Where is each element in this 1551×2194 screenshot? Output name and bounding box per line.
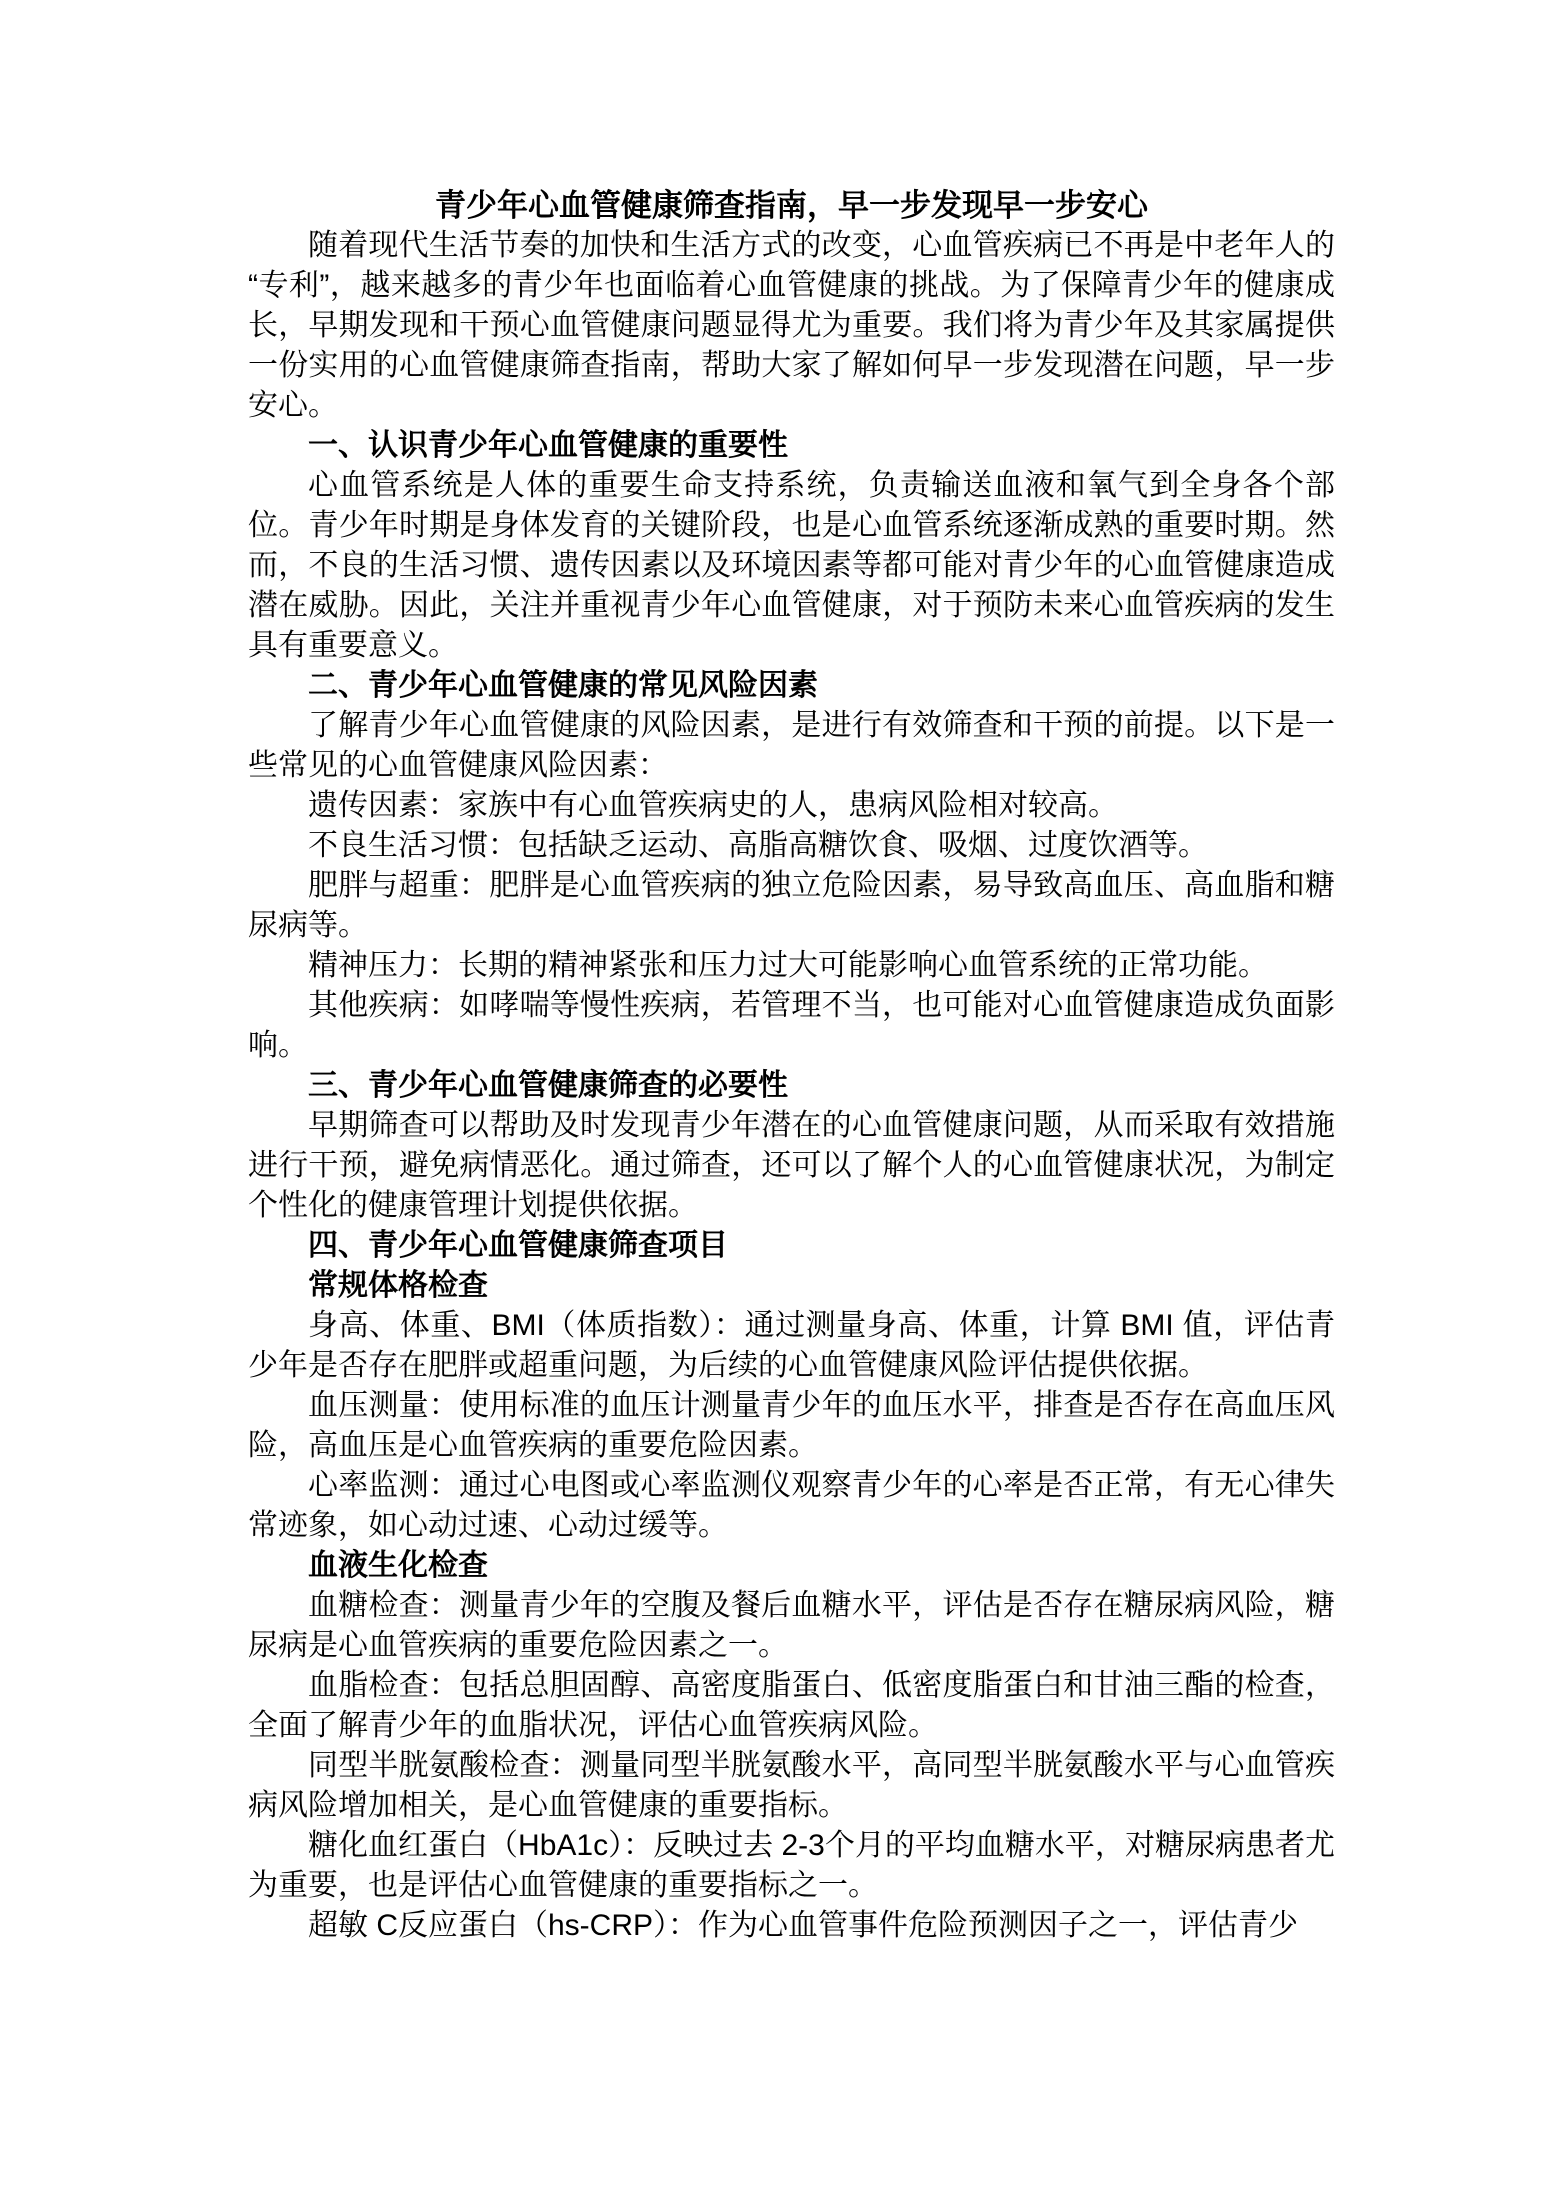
paragraph: 了解青少年心血管健康的风险因素，是进行有效筛查和干预的前提。以下是一些常见的心血… — [248, 706, 1335, 786]
paragraph: 肥胖与超重：肥胖是心血管疾病的独立危险因素，易导致高血压、高血脂和糖尿病等。 — [248, 866, 1335, 946]
paragraph: 血脂检查：包括总胆固醇、高密度脂蛋白、低密度脂蛋白和甘油三酯的检查，全面了解青少… — [248, 1666, 1335, 1746]
paragraph: 心率监测：通过心电图或心率监测仪观察青少年的心率是否正常，有无心律失常迹象，如心… — [248, 1466, 1335, 1546]
section-heading: 血液生化检查 — [248, 1546, 1335, 1586]
paragraph: 血糖检查：测量青少年的空腹及餐后血糖水平，评估是否存在糖尿病风险，糖尿病是心血管… — [248, 1586, 1335, 1666]
paragraph: 随着现代生活节奏的加快和生活方式的改变，心血管疾病已不再是中老年人的“专利”，越… — [248, 226, 1335, 426]
section-heading: 三、青少年心血管健康筛查的必要性 — [248, 1066, 1335, 1106]
paragraph: 超敏 C反应蛋白（hs-CRP）：作为心血管事件危险预测因子之一，评估青少 — [248, 1906, 1335, 1946]
section-heading: 二、青少年心血管健康的常见风险因素 — [248, 666, 1335, 706]
section-heading: 四、青少年心血管健康筛查项目 — [248, 1226, 1335, 1266]
document-title: 青少年心血管健康筛查指南，早一步发现早一步安心 — [248, 186, 1335, 226]
paragraph: 同型半胱氨酸检查：测量同型半胱氨酸水平，高同型半胱氨酸水平与心血管疾病风险增加相… — [248, 1746, 1335, 1826]
paragraph: 早期筛查可以帮助及时发现青少年潜在的心血管健康问题，从而采取有效措施进行干预，避… — [248, 1106, 1335, 1226]
paragraph: 心血管系统是人体的重要生命支持系统，负责输送血液和氧气到全身各个部位。青少年时期… — [248, 466, 1335, 666]
paragraph: 其他疾病：如哮喘等慢性疾病，若管理不当，也可能对心血管健康造成负面影响。 — [248, 986, 1335, 1066]
document-page: 青少年心血管健康筛查指南，早一步发现早一步安心 随着现代生活节奏的加快和生活方式… — [0, 0, 1551, 2194]
paragraph: 不良生活习惯：包括缺乏运动、高脂高糖饮食、吸烟、过度饮酒等。 — [248, 826, 1335, 866]
paragraph: 糖化血红蛋白（HbA1c）：反映过去 2-3个月的平均血糖水平，对糖尿病患者尤为… — [248, 1826, 1335, 1906]
paragraph: 身高、体重、BMI（体质指数）：通过测量身高、体重，计算 BMI 值，评估青少年… — [248, 1306, 1335, 1386]
section-heading: 一、认识青少年心血管健康的重要性 — [248, 426, 1335, 466]
paragraph: 遗传因素：家族中有心血管疾病史的人，患病风险相对较高。 — [248, 786, 1335, 826]
paragraph: 血压测量：使用标准的血压计测量青少年的血压水平，排查是否存在高血压风险，高血压是… — [248, 1386, 1335, 1466]
paragraph: 精神压力：长期的精神紧张和压力过大可能影响心血管系统的正常功能。 — [248, 946, 1335, 986]
document-body: 随着现代生活节奏的加快和生活方式的改变，心血管疾病已不再是中老年人的“专利”，越… — [248, 226, 1335, 1946]
section-heading: 常规体格检查 — [248, 1266, 1335, 1306]
